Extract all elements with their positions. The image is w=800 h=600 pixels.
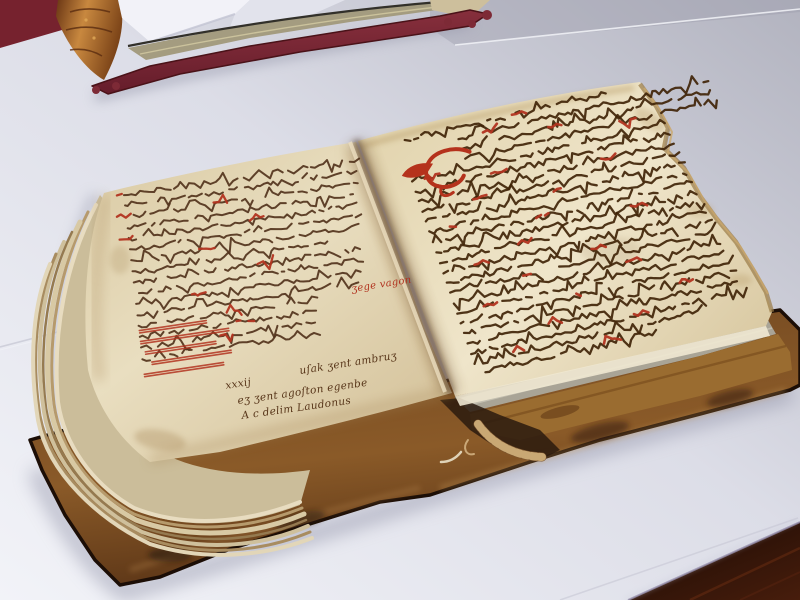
photo-of-manuscript: xxxij uſak ʒent ambruʒ eʒ ʒent agoſton e… xyxy=(0,0,800,600)
script-line xyxy=(523,274,531,276)
scene-canvas: xxxij uſak ʒent ambruʒ eʒ ʒent agoſton e… xyxy=(0,0,800,600)
